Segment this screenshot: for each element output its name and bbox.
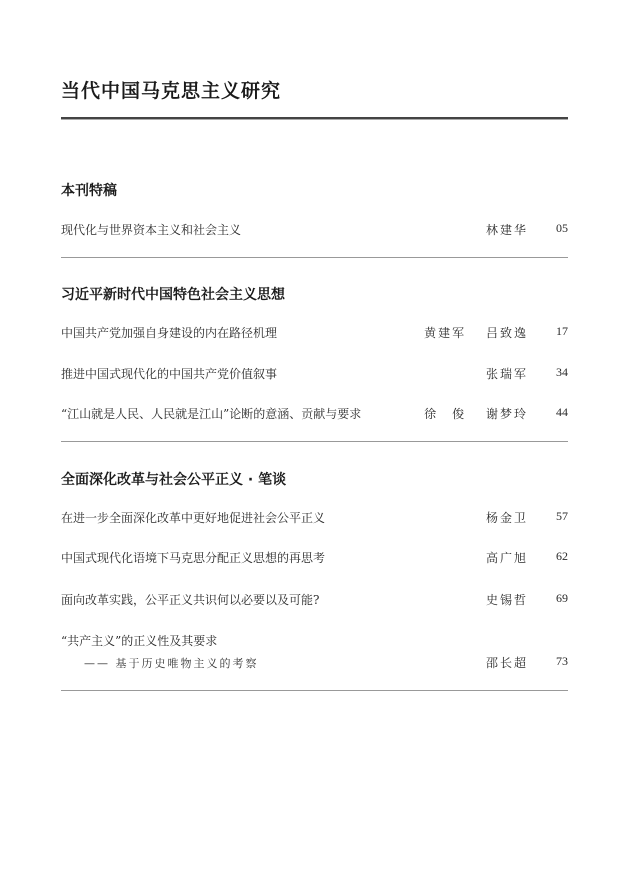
article-title[interactable]: 中国式现代化语境下马克思分配正义思想的再思考 bbox=[61, 549, 325, 566]
section-title: 全面深化改革与社会公平正义 · 笔谈 bbox=[61, 469, 286, 489]
article-authors: 黄建军 吕致逸 bbox=[410, 324, 528, 341]
page-number: 73 bbox=[556, 654, 568, 669]
article-authors: 林建华 bbox=[472, 221, 528, 238]
article-title[interactable]: 中国共产党加强自身建设的内在路径机理 bbox=[61, 324, 277, 341]
article-title[interactable]: 在进一步全面深化改革中更好地促进社会公平正义 bbox=[61, 509, 325, 526]
author: 杨金卫 bbox=[486, 511, 528, 525]
title-rule bbox=[61, 117, 568, 120]
page-number: 57 bbox=[556, 509, 568, 524]
section-title: 习近平新时代中国特色社会主义思想 bbox=[61, 284, 285, 304]
section-divider bbox=[61, 441, 568, 442]
section-title: 本刊特稿 bbox=[61, 180, 117, 200]
article-title[interactable]: 推进中国式现代化的中国共产党价值叙事 bbox=[61, 365, 277, 382]
author: 张瑞军 bbox=[486, 367, 528, 381]
article-authors: 杨金卫 bbox=[472, 509, 528, 526]
author: 邵长超 bbox=[486, 656, 528, 670]
article-title[interactable]: 现代化与世界资本主义和社会主义 bbox=[61, 221, 241, 238]
author: 高广旭 bbox=[486, 551, 528, 565]
author: 谢梦玲 bbox=[486, 407, 528, 421]
article-title[interactable]: “共产主义”的正义性及其要求 bbox=[61, 632, 217, 649]
journal-title: 当代中国马克思主义研究 bbox=[61, 76, 281, 103]
article-title[interactable]: “江山就是人民、人民就是江山”论断的意涵、贡献与要求 bbox=[61, 405, 361, 422]
page-number: 69 bbox=[556, 591, 568, 606]
article-subtitle: —— 基于历史唯物主义的考察 bbox=[84, 655, 259, 671]
article-title[interactable]: 面向改革实践，公平正义共识何以必要以及可能? bbox=[61, 591, 319, 608]
toc-entry[interactable]: 面向改革实践，公平正义共识何以必要以及可能? 史锡哲 69 bbox=[61, 591, 568, 611]
article-authors: 史锡哲 bbox=[472, 591, 528, 608]
author: 史锡哲 bbox=[486, 593, 528, 607]
article-authors: 张瑞军 bbox=[472, 365, 528, 382]
article-authors: 邵长超 bbox=[472, 654, 528, 671]
toc-entry[interactable]: 现代化与世界资本主义和社会主义 林建华 05 bbox=[61, 221, 568, 241]
toc-entry[interactable]: 推进中国式现代化的中国共产党价值叙事 张瑞军 34 bbox=[61, 365, 568, 385]
author: 林建华 bbox=[486, 223, 528, 237]
author: 黄建军 bbox=[424, 326, 466, 340]
article-authors: 高广旭 bbox=[472, 549, 528, 566]
page-number: 44 bbox=[556, 405, 568, 420]
page-number: 17 bbox=[556, 324, 568, 339]
section-divider bbox=[61, 257, 568, 258]
section-divider bbox=[61, 690, 568, 691]
article-authors: 徐 俊 谢梦玲 bbox=[410, 405, 528, 422]
toc-entry[interactable]: 在进一步全面深化改革中更好地促进社会公平正义 杨金卫 57 bbox=[61, 509, 568, 529]
author: 吕致逸 bbox=[486, 326, 528, 340]
page-number: 05 bbox=[556, 221, 568, 236]
toc-entry[interactable]: 中国共产党加强自身建设的内在路径机理 黄建军 吕致逸 17 bbox=[61, 324, 568, 344]
author: 徐 俊 bbox=[424, 407, 466, 421]
page-number: 62 bbox=[556, 549, 568, 564]
toc-entry[interactable]: “共产主义”的正义性及其要求 bbox=[61, 632, 568, 652]
toc-entry[interactable]: 中国式现代化语境下马克思分配正义思想的再思考 高广旭 62 bbox=[61, 549, 568, 569]
toc-entry[interactable]: “江山就是人民、人民就是江山”论断的意涵、贡献与要求 徐 俊 谢梦玲 44 bbox=[61, 405, 568, 425]
page-number: 34 bbox=[556, 365, 568, 380]
